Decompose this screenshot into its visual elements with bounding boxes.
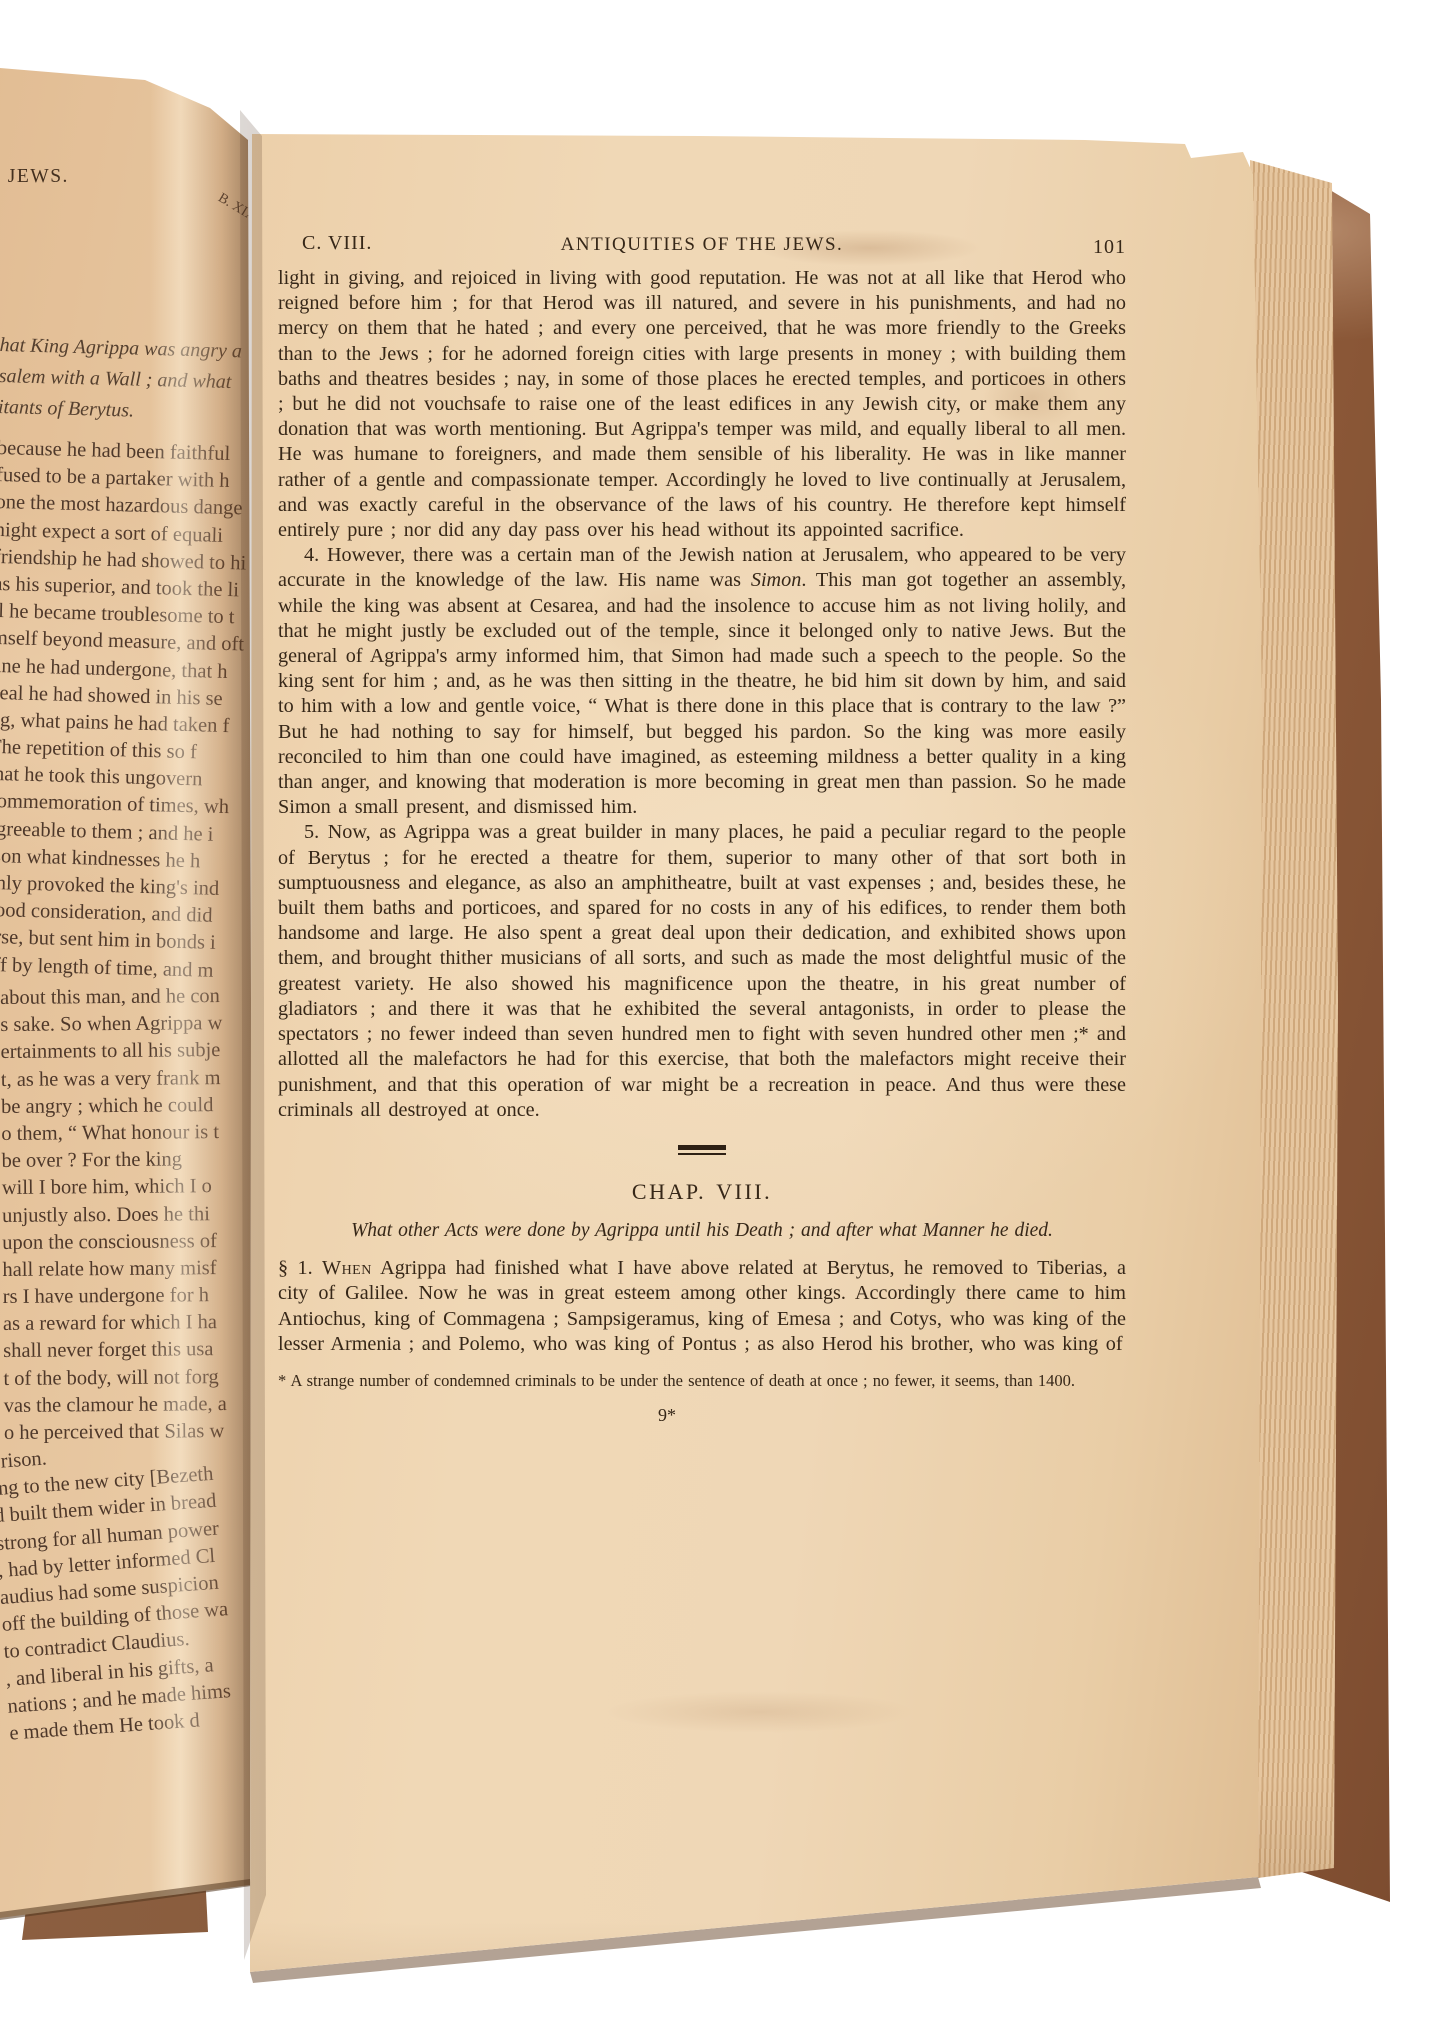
- left-page-line: will I bore him, which I o: [2, 1173, 247, 1202]
- left-page-line: vas the clamour he made, a: [4, 1391, 249, 1420]
- paragraph: 4. However, there was a certain man of t…: [278, 543, 1126, 820]
- left-running-header: E JEWS.: [0, 166, 69, 188]
- chapter-subtitle: What other Acts were done by Agrippa unt…: [297, 1218, 1107, 1243]
- left-page-line: itants of Berytus.: [0, 392, 243, 429]
- left-page-line: be over ? For the king: [1, 1146, 246, 1175]
- paragraph: light in giving, and rejoiced in living …: [278, 266, 1126, 543]
- section-paragraph: § 1. When Agrippa had finished what I ha…: [278, 1256, 1126, 1357]
- left-page-line: t of the body, will not forg: [3, 1363, 248, 1392]
- body-text: light in giving, and rejoiced in living …: [278, 266, 1126, 1429]
- left-page-line: o them, “ What honour is t: [1, 1119, 246, 1148]
- running-header: C. VIII. ANTIQUITIES OF THE JEWS. 101: [278, 232, 1126, 258]
- text-segment: . This man got together an assembly, whi…: [278, 569, 1126, 818]
- left-page-line: shall never forget this usa: [3, 1336, 248, 1365]
- left-page-line: as a reward for which I ha: [3, 1309, 248, 1338]
- body-paragraphs: light in giving, and rejoiced in living …: [278, 266, 1126, 1123]
- footnote: * A strange number of condemned criminal…: [278, 1371, 1126, 1392]
- left-book-number: B. XIX: [215, 191, 259, 226]
- left-page-line: t, as he was a very frank m: [1, 1064, 246, 1093]
- paragraph: 5. Now, as Agrippa was a great builder i…: [278, 820, 1126, 1122]
- left-body-fragment: because he had been faithfulfused to be …: [0, 435, 242, 985]
- paragraph: § 1. When Agrippa had finished what I ha…: [278, 1256, 1126, 1357]
- left-page-line: hall relate how many misf: [2, 1255, 247, 1284]
- left-page-line: upon the consciousness of: [2, 1228, 247, 1257]
- text-segment: light in giving, and rejoiced in living …: [278, 267, 1126, 541]
- running-header-title: ANTIQUITIES OF THE JEWS.: [278, 234, 1126, 256]
- book-photo: E JEWS. B. XIX hat King Agrippa was angr…: [0, 0, 1445, 2023]
- page-number: 101: [1093, 236, 1126, 259]
- left-page-line: unjustly also. Does he thi: [2, 1200, 247, 1229]
- text-segment: Simon: [751, 569, 801, 591]
- left-chapter-summary-fragment: hat King Agrippa was angry asalem with a…: [0, 330, 245, 429]
- left-page-line: s sake. So when Agrippa w: [0, 1010, 245, 1039]
- left-text-block-middle: about this man, and he cons sake. So whe…: [0, 983, 249, 1447]
- text-segment: 5. Now, as Agrippa was a great builder i…: [278, 821, 1126, 1120]
- signature-mark: 9*: [243, 1403, 1091, 1428]
- text-segment: Agrippa had finished what I have above r…: [278, 1257, 1126, 1355]
- left-page-line: off by length of time, and m: [0, 951, 229, 985]
- section-divider-rule: [678, 1145, 726, 1155]
- chapter-heading: CHAP. VIII.: [278, 1179, 1126, 1204]
- left-page-line: be angry ; which he could: [1, 1092, 246, 1121]
- text-segment: When: [322, 1257, 372, 1279]
- left-text-block-bottom: prison.ing to the new city [Bezethd buil…: [0, 1432, 255, 1747]
- text-segment: § 1.: [278, 1257, 322, 1279]
- left-page-line: ertainments to all his subje: [0, 1037, 245, 1066]
- left-text-block-top: hat King Agrippa was angry asalem with a…: [0, 330, 245, 985]
- left-page-line: rs I have undergone for h: [3, 1282, 248, 1311]
- left-page-line: about this man, and he con: [0, 983, 245, 1012]
